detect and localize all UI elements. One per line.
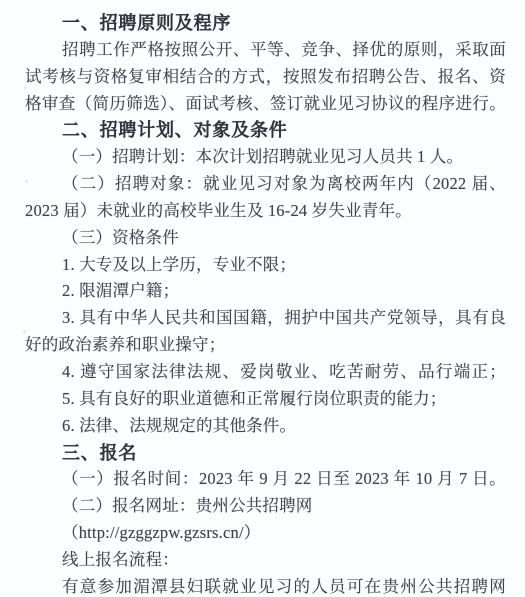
doc-line: 试考核与资格复审相结合的方式，按照发布招聘公告、报名、资 bbox=[25, 64, 506, 91]
doc-line: 格审查（简历筛选）、面试考核、签订就业见习协议的程序进行。 bbox=[25, 91, 506, 118]
section-heading: 一、招聘原则及程序 bbox=[25, 10, 506, 37]
document-text-block: 一、招聘原则及程序招聘工作严格按照公开、平等、竞争、择优的原则，采取面试考核与资… bbox=[25, 10, 506, 597]
doc-line: （三）资格条件 bbox=[25, 225, 506, 252]
doc-line: 招聘工作严格按照公开、平等、竞争、择优的原则，采取面 bbox=[25, 37, 506, 64]
doc-line: 5. 具有良好的职业道德和正常履行岗位职责的能力； bbox=[25, 386, 506, 413]
doc-line: （二）报名网址：贵州公共招聘网 bbox=[25, 493, 506, 520]
doc-line: 1. 大专及以上学历，专业不限； bbox=[25, 252, 506, 279]
doc-line: 好的政治素养和职业操守； bbox=[25, 332, 506, 359]
doc-line: （二）招聘对象：就业见习对象为离校两年内（2022 届、 bbox=[25, 171, 506, 198]
doc-line: 4. 遵守国家法律法规、爱岗敬业、吃苦耐劳、品行端正； bbox=[25, 359, 506, 386]
doc-line: （一）招聘计划：本次计划招聘就业见习人员共 1 人。 bbox=[25, 144, 506, 171]
section-heading: 三、报名 bbox=[25, 440, 506, 467]
scan-noise-speck bbox=[25, 180, 28, 183]
doc-line: 2. 限湄潭户籍； bbox=[25, 278, 506, 305]
document-page: 一、招聘原则及程序招聘工作严格按照公开、平等、竞争、择优的原则，采取面试考核与资… bbox=[25, 10, 506, 597]
section-heading: 二、招聘计划、对象及条件 bbox=[25, 117, 506, 144]
doc-line: 有意参加湄潭县妇联就业见习的人员可在贵州公共招聘网 bbox=[25, 574, 506, 597]
doc-line: 3. 具有中华人民共和国国籍，拥护中国共产党领导，具有良 bbox=[25, 305, 506, 332]
doc-line: 2023 届）未就业的高校毕业生及 16-24 岁失业青年。 bbox=[25, 198, 506, 225]
doc-line: （http://gzggzpw.gzsrs.cn/） bbox=[25, 520, 506, 547]
scan-noise-speck bbox=[23, 330, 26, 333]
scan-noise-speck bbox=[24, 86, 27, 89]
doc-line: 线上报名流程： bbox=[25, 547, 506, 574]
doc-line: 6. 法律、法规规定的其他条件。 bbox=[25, 413, 506, 440]
doc-line: （一）报名时间：2023 年 9 月 22 日至 2023 年 10 月 7 日… bbox=[25, 466, 506, 493]
